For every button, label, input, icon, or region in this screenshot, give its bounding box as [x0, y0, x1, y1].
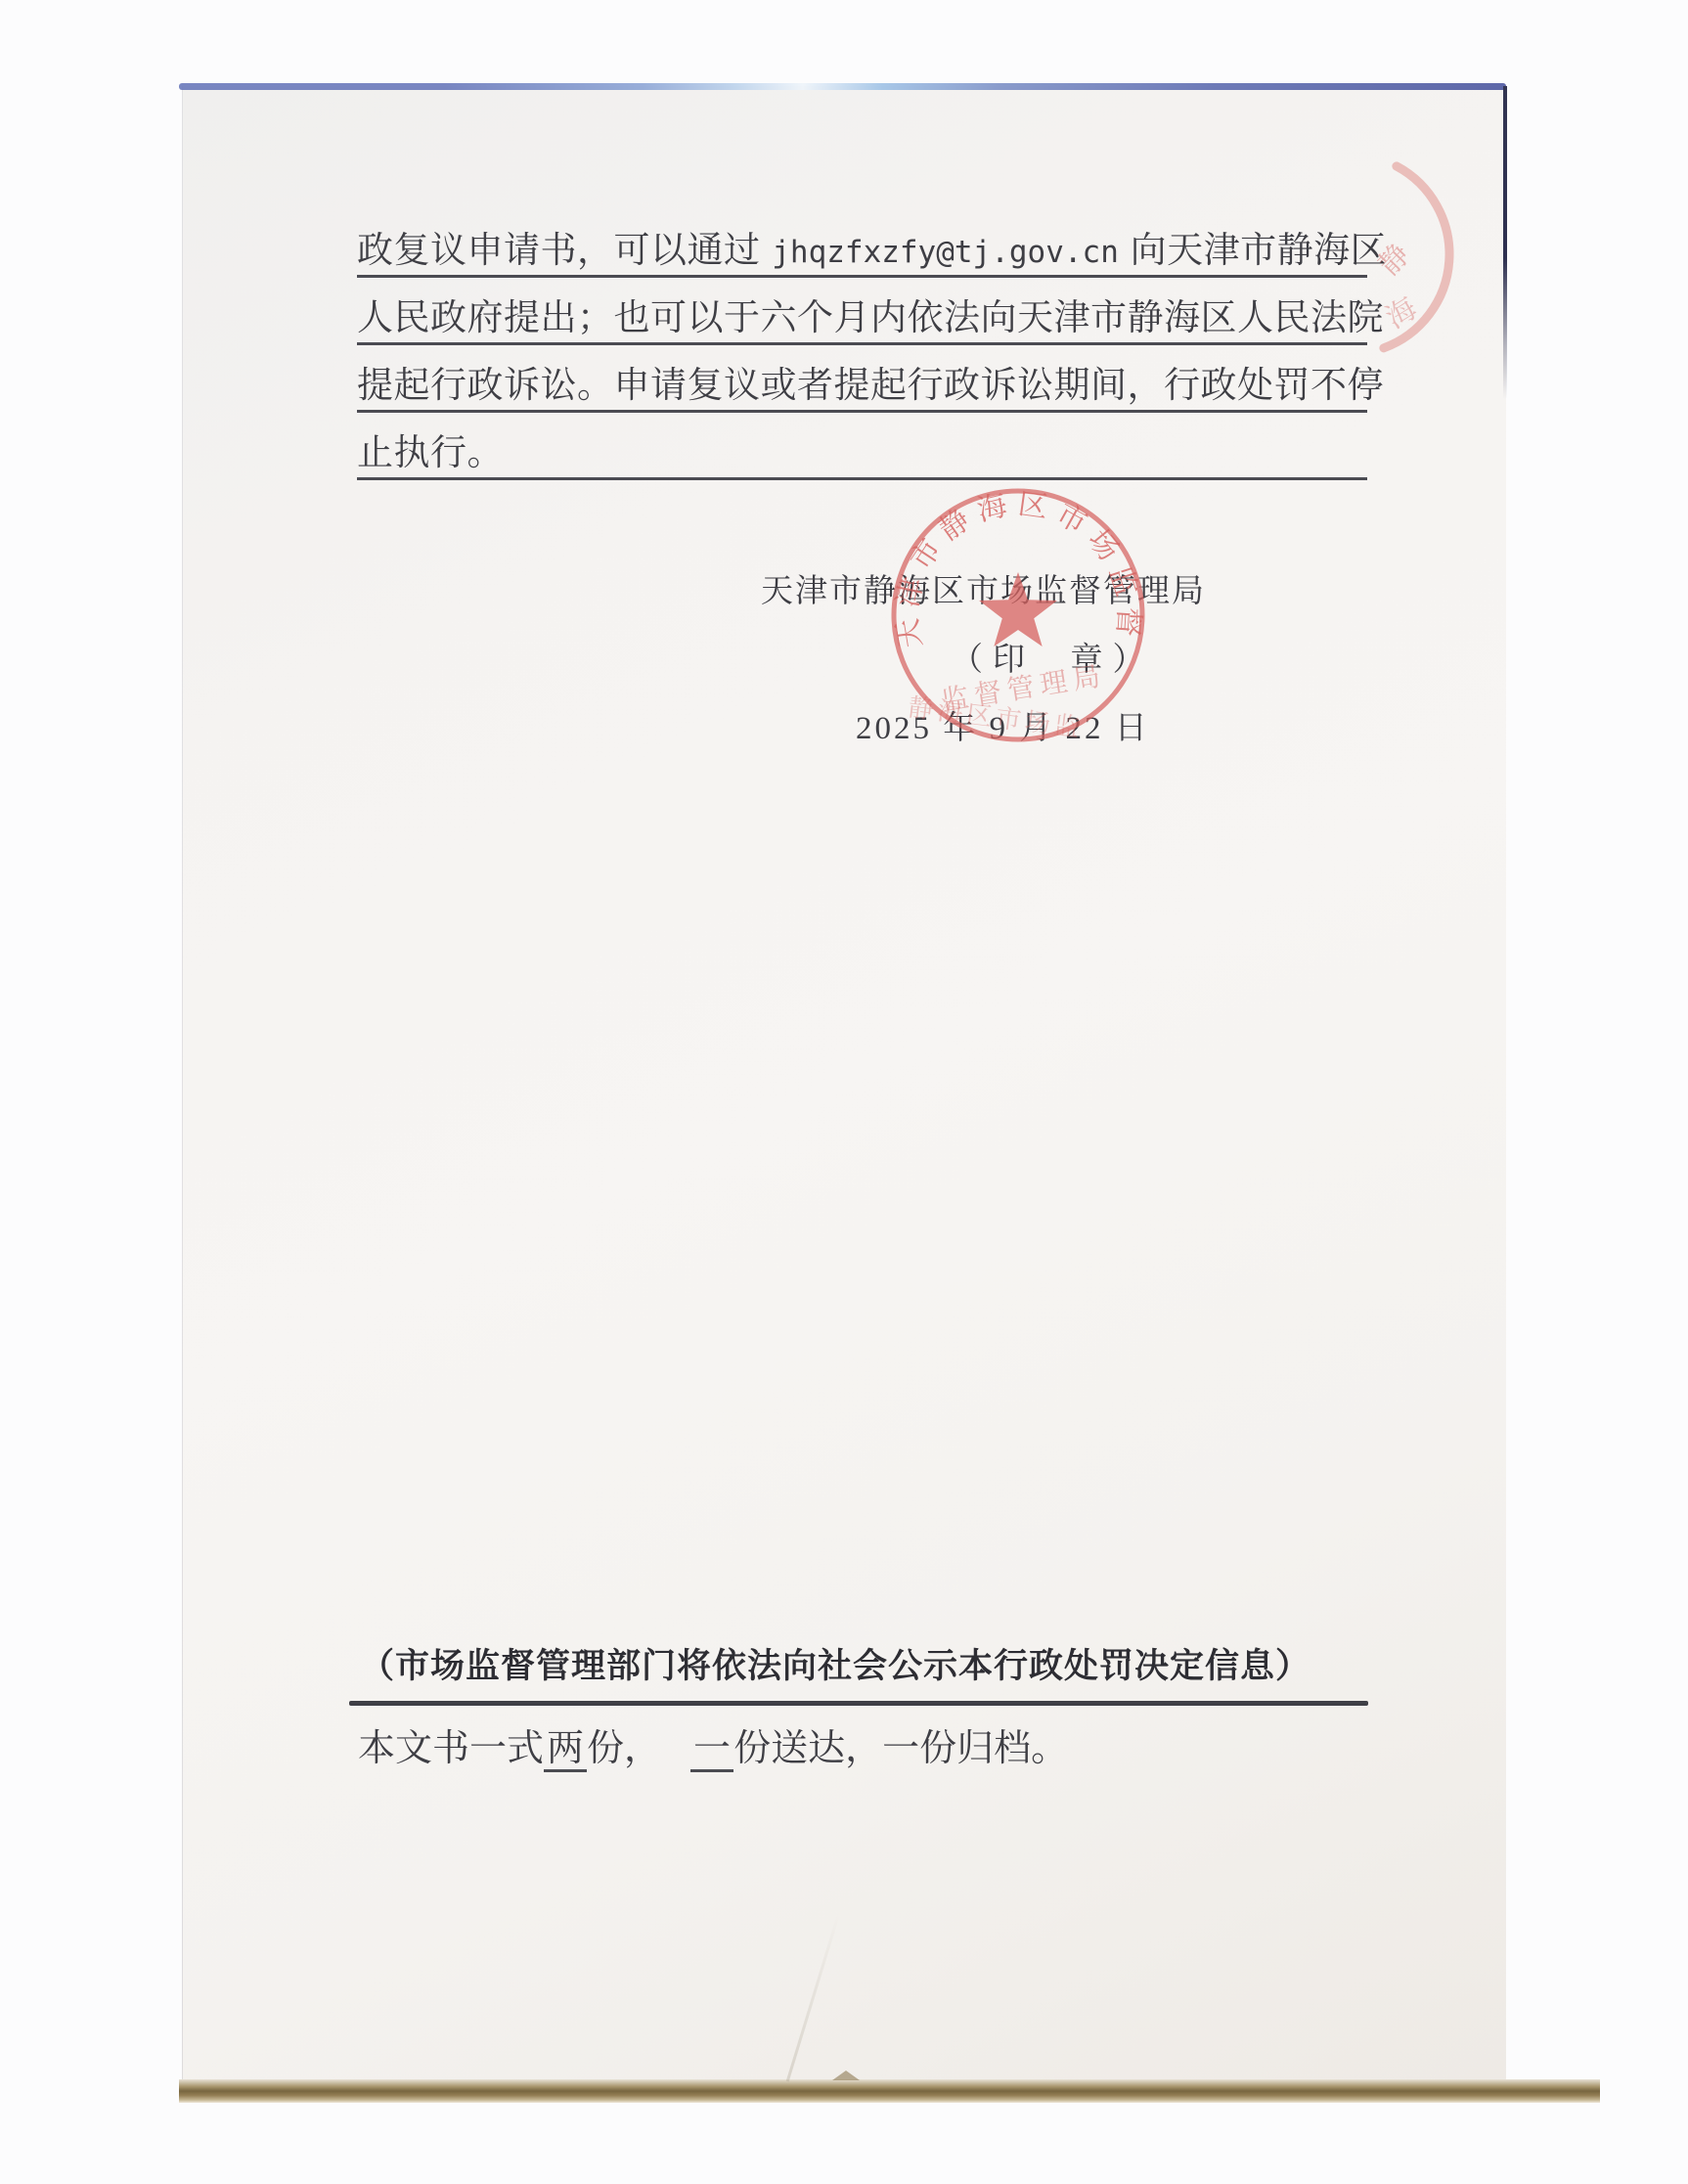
scanned-document-screenshot: 政复议申请书，可以通过 jhqzfxzfy@tj.gov.cn 向天津市静海区 …	[0, 0, 1688, 2184]
partial-stamp: 静 海	[1303, 149, 1498, 374]
body-line-text: 止执行。	[357, 423, 504, 475]
body-line: 止执行。	[357, 413, 1367, 480]
email-text: jhqzfxzfy@tj.gov.cn	[770, 235, 1121, 273]
public-disclosure-notice: （市场监督管理部门将依法向社会公示本行政处罚决定信息）	[360, 1639, 1310, 1688]
body-line-text: 人民政府提出；也可以于六个月内依法向天津市静海区人民法院	[357, 288, 1384, 340]
body-line: 提起行政诉讼。申请复议或者提起行政诉讼期间，行政处罚不停	[357, 345, 1367, 413]
blank-fill-two: 两	[544, 1728, 587, 1772]
body-paragraph: 政复议申请书，可以通过 jhqzfxzfy@tj.gov.cn 向天津市静海区 …	[357, 210, 1367, 480]
copies-text: 份，	[587, 1728, 661, 1769]
page-right-edge	[1503, 86, 1507, 399]
body-line-text: 政复议申请书，可以通过	[357, 220, 770, 273]
body-line: 人民政府提出；也可以于六个月内依法向天津市静海区人民法院	[357, 278, 1367, 345]
copies-statement: 本文书一式两份，一份送达，一份归档。	[358, 1717, 1068, 1771]
body-line: 政复议申请书，可以通过 jhqzfxzfy@tj.gov.cn 向天津市静海区	[357, 210, 1367, 278]
stamp-star-icon	[979, 572, 1057, 646]
copies-text: 份送达，一份归档。	[733, 1728, 1068, 1769]
official-stamp: 天津市静海区市场监督管理局 监督管理局 静海区市场监	[851, 485, 1183, 779]
body-line-text: 提起行政诉讼。申请复议或者提起行政诉讼期间，行政处罚不停	[357, 355, 1384, 408]
page-corner-notch	[832, 2071, 860, 2080]
copies-text: 本文书一式	[358, 1728, 544, 1769]
separator-rule	[349, 1701, 1368, 1706]
page-bottom-edge	[179, 2079, 1600, 2103]
stamp-circle-text: 天津市静海区市场监督管理局	[851, 485, 1145, 650]
blank-fill-one: 一	[690, 1728, 733, 1772]
partial-stamp-char: 静	[1373, 239, 1417, 283]
page-top-edge	[179, 83, 1506, 90]
